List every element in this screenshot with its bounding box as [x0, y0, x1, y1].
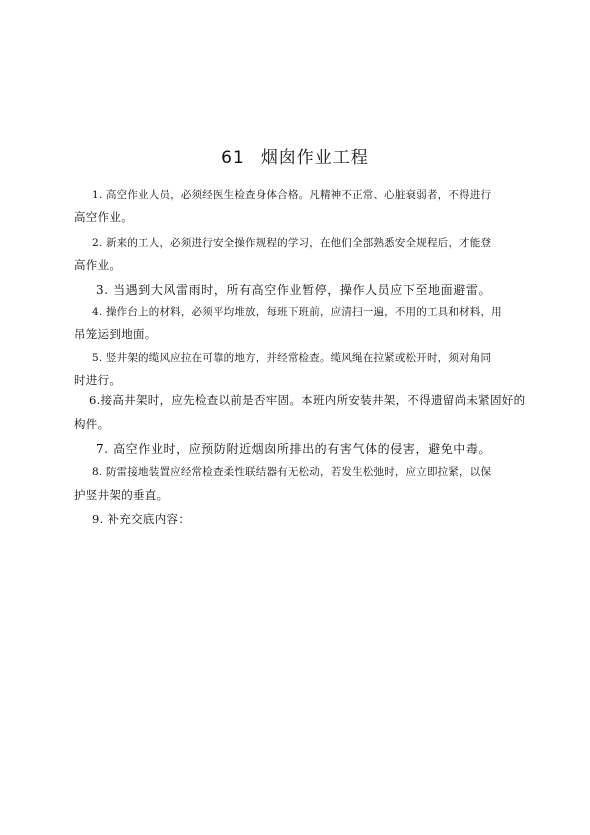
- item-5-line-2: 时进行。: [74, 372, 121, 388]
- item-6-line-1: 6.接高井架时，应先检查以前是否牢固。本班内所安装井架，不得遗留尚未紧固好的: [89, 392, 525, 408]
- item-4-line-1: 4. 操作台上的材料，必须平均堆放，每班下班前，应清扫一遍，不用的工具和材料，用: [92, 304, 502, 319]
- document-page: 61烟囱作业工程 1. 高空作业人员，必须经医生检查身体合格。凡精神不正常、心脏…: [0, 0, 590, 835]
- item-2-line-1: 2. 新来的工人，必须进行安全操作规程的学习，在他们全部熟悉安全规程后，才能登: [92, 235, 491, 250]
- item-8-line-1: 8. 防雷接地装置应经常检查柔性联结器有无松动，若发生松弛时，应立即拉紧，以保: [92, 464, 491, 479]
- item-2-line-2: 高作业。: [74, 257, 121, 273]
- page-title: 61烟囱作业工程: [0, 143, 590, 168]
- item-7-line-1: 7. 高空作业时，应预防附近烟囱所排出的有害气体的侵害，避免中毒。: [96, 440, 491, 457]
- item-4-line-2: 吊笼运到地面。: [74, 326, 157, 342]
- item-1-line-2: 高空作业。: [74, 209, 133, 225]
- item-5-line-1: 5. 竖井架的缆风应拉在可靠的地方，并经常检查。缆风绳在拉紧或松开时，须对角同: [92, 350, 491, 365]
- item-8-line-2: 护竖井架的垂直。: [74, 487, 168, 503]
- item-9-line-1: 9. 补充交底内容：: [92, 511, 190, 527]
- title-number: 61: [221, 148, 245, 168]
- title-text: 烟囱作业工程: [261, 148, 369, 168]
- item-1-line-1: 1. 高空作业人员，必须经医生检查身体合格。凡精神不正常、心脏衰弱者，不得进行: [92, 187, 491, 202]
- item-6-line-2: 构件。: [74, 416, 109, 432]
- item-3-line-1: 3. 当遇到大风雷雨时，所有高空作业暂停，操作人员应下至地面避雷。: [96, 281, 491, 298]
